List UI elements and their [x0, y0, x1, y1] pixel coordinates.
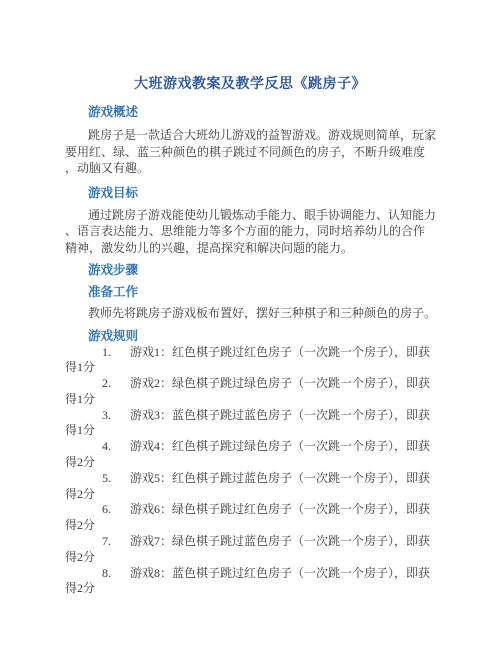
list-item-text-continued: 得1分	[65, 360, 447, 376]
list-item-number: 2.	[102, 376, 111, 392]
list-item-number: 5.	[102, 471, 111, 487]
section-heading-goals: 游戏目标	[65, 185, 447, 201]
document-title: 大班游戏教案及教学反思《跳房子》	[0, 0, 500, 92]
list-item-text: 游戏8：蓝色棋子跳过红色房子（一次跳一个房子），即获	[130, 566, 430, 580]
list-item-text-continued: 得1分	[65, 423, 447, 439]
list-item: 5.游戏5：红色棋子跳过蓝色房子（一次跳一个房子），即获 得2分	[65, 471, 447, 503]
list-item: 7.游戏7：绿色棋子跳过蓝色房子（一次跳一个房子），即获 得2分	[65, 534, 447, 566]
list-item: 1.游戏1：红色棋子跳过红色房子（一次跳一个房子），即获 得1分	[65, 345, 447, 377]
list-item-number: 4.	[102, 439, 111, 455]
list-item-text-continued: 得2分	[65, 550, 447, 566]
list-item-number: 3.	[102, 408, 111, 424]
section-heading-overview: 游戏概述	[65, 104, 447, 120]
paragraph-line: 教师先将跳房子游戏板布置好，摆好三种棋子和三种颜色的房子。	[65, 305, 447, 322]
document-body: 游戏概述 跳房子是一款适合大班幼儿游戏的益智游戏。游戏规则简单，玩家 要用红、绿…	[65, 104, 447, 597]
list-item: 6.游戏6：绿色棋子跳过红色房子（一次跳一个房子），即获 得2分	[65, 502, 447, 534]
document-page: 大班游戏教案及教学反思《跳房子》 游戏概述 跳房子是一款适合大班幼儿游戏的益智游…	[0, 0, 500, 647]
list-item-text: 游戏4：红色棋子跳过绿色房子（一次跳一个房子），即获	[130, 439, 430, 453]
list-item-text: 游戏6：绿色棋子跳过红色房子（一次跳一个房子），即获	[130, 502, 430, 516]
list-item-text: 游戏3：蓝色棋子跳过蓝色房子（一次跳一个房子），即获	[130, 408, 430, 422]
list-item-text-continued: 得2分	[65, 518, 447, 534]
paragraph-line: 通过跳房子游戏能使幼儿锻炼动手能力、眼手协调能力、认知能力	[65, 207, 447, 224]
paragraph-preparation: 教师先将跳房子游戏板布置好，摆好三种棋子和三种颜色的房子。	[65, 305, 447, 322]
section-heading-steps: 游戏步骤	[65, 262, 447, 278]
section-heading-preparation: 准备工作	[65, 284, 447, 300]
list-item-text-continued: 得2分	[65, 487, 447, 503]
paragraph-line: ，动脑又有趣。	[65, 160, 447, 177]
rules-list: 1.游戏1：红色棋子跳过红色房子（一次跳一个房子），即获 得1分 2.游戏2：绿…	[65, 345, 447, 598]
list-item-text: 游戏1：红色棋子跳过红色房子（一次跳一个房子），即获	[130, 345, 430, 359]
list-item: 8.游戏8：蓝色棋子跳过红色房子（一次跳一个房子），即获 得2分	[65, 566, 447, 598]
list-item-number: 6.	[102, 502, 111, 518]
list-item-text: 游戏7：绿色棋子跳过蓝色房子（一次跳一个房子），即获	[130, 534, 430, 548]
list-item: 3.游戏3：蓝色棋子跳过蓝色房子（一次跳一个房子），即获 得1分	[65, 408, 447, 440]
list-item-number: 7.	[102, 534, 111, 550]
list-item-text-continued: 得2分	[65, 455, 447, 471]
list-item-text-continued: 得1分	[65, 392, 447, 408]
paragraph-overview: 跳房子是一款适合大班幼儿游戏的益智游戏。游戏规则简单，玩家 要用红、绿、蓝三种颜…	[65, 127, 447, 177]
list-item-number: 8.	[102, 566, 111, 582]
section-heading-rules: 游戏规则	[65, 328, 447, 344]
list-item-text-continued: 得2分	[65, 581, 447, 597]
paragraph-goals: 通过跳房子游戏能使幼儿锻炼动手能力、眼手协调能力、认知能力 、语言表达能力、思维…	[65, 207, 447, 257]
paragraph-line: 要用红、绿、蓝三种颜色的棋子跳过不同颜色的房子，不断升级难度	[65, 144, 447, 161]
list-item-text: 游戏5：红色棋子跳过蓝色房子（一次跳一个房子），即获	[130, 471, 430, 485]
paragraph-line: 、语言表达能力、思维能力等多个方面的能力，同时培养幼儿的合作	[65, 223, 447, 240]
list-item-text: 游戏2：绿色棋子跳过绿色房子（一次跳一个房子），即获	[130, 376, 430, 390]
paragraph-line: 精神，激发幼儿的兴趣，提高探究和解决问题的能力。	[65, 240, 447, 257]
list-item: 2.游戏2：绿色棋子跳过绿色房子（一次跳一个房子），即获 得1分	[65, 376, 447, 408]
list-item: 4.游戏4：红色棋子跳过绿色房子（一次跳一个房子），即获 得2分	[65, 439, 447, 471]
paragraph-line: 跳房子是一款适合大班幼儿游戏的益智游戏。游戏规则简单，玩家	[65, 127, 447, 144]
list-item-number: 1.	[102, 345, 111, 361]
